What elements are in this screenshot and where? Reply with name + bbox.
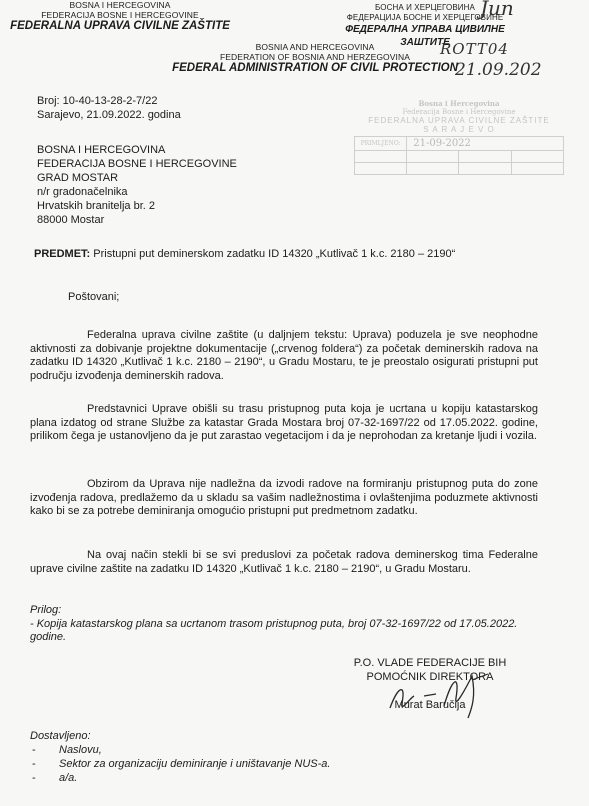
header-center: BOSNIA AND HERCEGOVINA FEDERATION OF BOS… xyxy=(150,42,480,75)
attachment-item: - Kopija katastarskog plana sa ucrtanom … xyxy=(30,618,530,645)
recipient-line: n/r gradonačelnika xyxy=(37,185,237,199)
subject-label: PREDMET: xyxy=(34,248,90,260)
body-paragraph-2: Predstavnici Uprave obišli su trasu pris… xyxy=(30,403,538,444)
header-left: BOSNA I HERCEGOVINA FEDERACIJA BOSNE I H… xyxy=(0,0,240,33)
stamp-table: PRIMLJENO: 21-09-2022 xyxy=(354,136,564,175)
header-center-title: FEDERAL ADMINISTRATION OF CIVIL PROTECTI… xyxy=(150,62,480,75)
recipient-line: GRAD MOSTAR xyxy=(37,171,237,185)
stamp-line3: FEDERALNA UPRAVA CIVILNE ZAŠTITE xyxy=(354,116,564,125)
attachment-block: Prilog: - Kopija katastarskog plana sa u… xyxy=(30,604,530,645)
distribution-list: Naslovu, Sektor za organizaciju deminira… xyxy=(30,743,430,785)
stamp-received-label: PRIMLJENO: xyxy=(355,137,407,151)
subject-line: PREDMET: Pristupni put deminerskom zadat… xyxy=(34,247,455,261)
distribution-item: Sektor za organizaciju deminiranje i uni… xyxy=(30,757,430,771)
recipient-line: BOSNA I HERCEGOVINA xyxy=(37,143,237,157)
distribution-block: Dostavljeno: Naslovu, Sektor za organiza… xyxy=(30,729,430,785)
stamp-line4: S A R A J E V O xyxy=(354,125,564,134)
attachment-label: Prilog: xyxy=(30,604,530,618)
subject-text: Pristupni put deminerskom zadatku ID 143… xyxy=(93,248,455,260)
distribution-item: Naslovu, xyxy=(30,743,430,757)
handwritten-signature-icon xyxy=(380,668,500,723)
handwritten-date: 21.09.202 xyxy=(455,60,542,80)
header-left-title: FEDERALNA UPRAVA CIVILNE ZAŠTITE xyxy=(0,20,240,33)
recipient-line: FEDERACIJA BOSNE I HERCEGOVINE xyxy=(37,157,237,171)
recipient-line: Hrvatskih branitelja br. 2 xyxy=(37,199,237,213)
body-paragraph-1: Federalna uprava civilne zaštite (u dalj… xyxy=(30,329,538,383)
header-left-line1: BOSNA I HERCEGOVINA xyxy=(0,0,240,10)
header-center-line1: BOSNIA AND HERCEGOVINA xyxy=(150,42,480,52)
reference-place-date: Sarajevo, 21.09.2022. godina xyxy=(37,108,181,122)
distribution-item: a/a. xyxy=(30,771,430,785)
handwritten-code: ROTT04 xyxy=(440,40,509,58)
received-stamp: Bosna i Hercegovina Federacija Bosne i H… xyxy=(354,100,564,170)
handwritten-initials: Jun xyxy=(480,0,514,20)
recipient-block: BOSNA I HERCEGOVINA FEDERACIJA BOSNE I H… xyxy=(37,143,237,227)
body-paragraph-4: Na ovaj način stekli bi se svi preduslov… xyxy=(30,549,538,576)
stamp-line1: Bosna i Hercegovina xyxy=(354,100,564,108)
stamp-line2: Federacija Bosne i Hercegovine xyxy=(354,108,564,116)
distribution-label: Dostavljeno: xyxy=(30,729,430,743)
header-center-line2: FEDERATION OF BOSNIA AND HERZEGOVINA xyxy=(150,52,480,62)
header-left-line2: FEDERACIJA BOSNE I HERCEGOVINE xyxy=(0,10,240,20)
reference-block: Broj: 10-40-13-28-2-7/22 Sarajevo, 21.09… xyxy=(37,94,181,122)
reference-number: Broj: 10-40-13-28-2-7/22 xyxy=(37,94,181,108)
greeting: Poštovani; xyxy=(68,290,119,304)
body-paragraph-3: Obzirom da Uprava nije nadležna da izvod… xyxy=(30,478,538,519)
stamp-received-date: 21-09-2022 xyxy=(407,137,564,151)
recipient-line: 88000 Mostar xyxy=(37,213,237,227)
